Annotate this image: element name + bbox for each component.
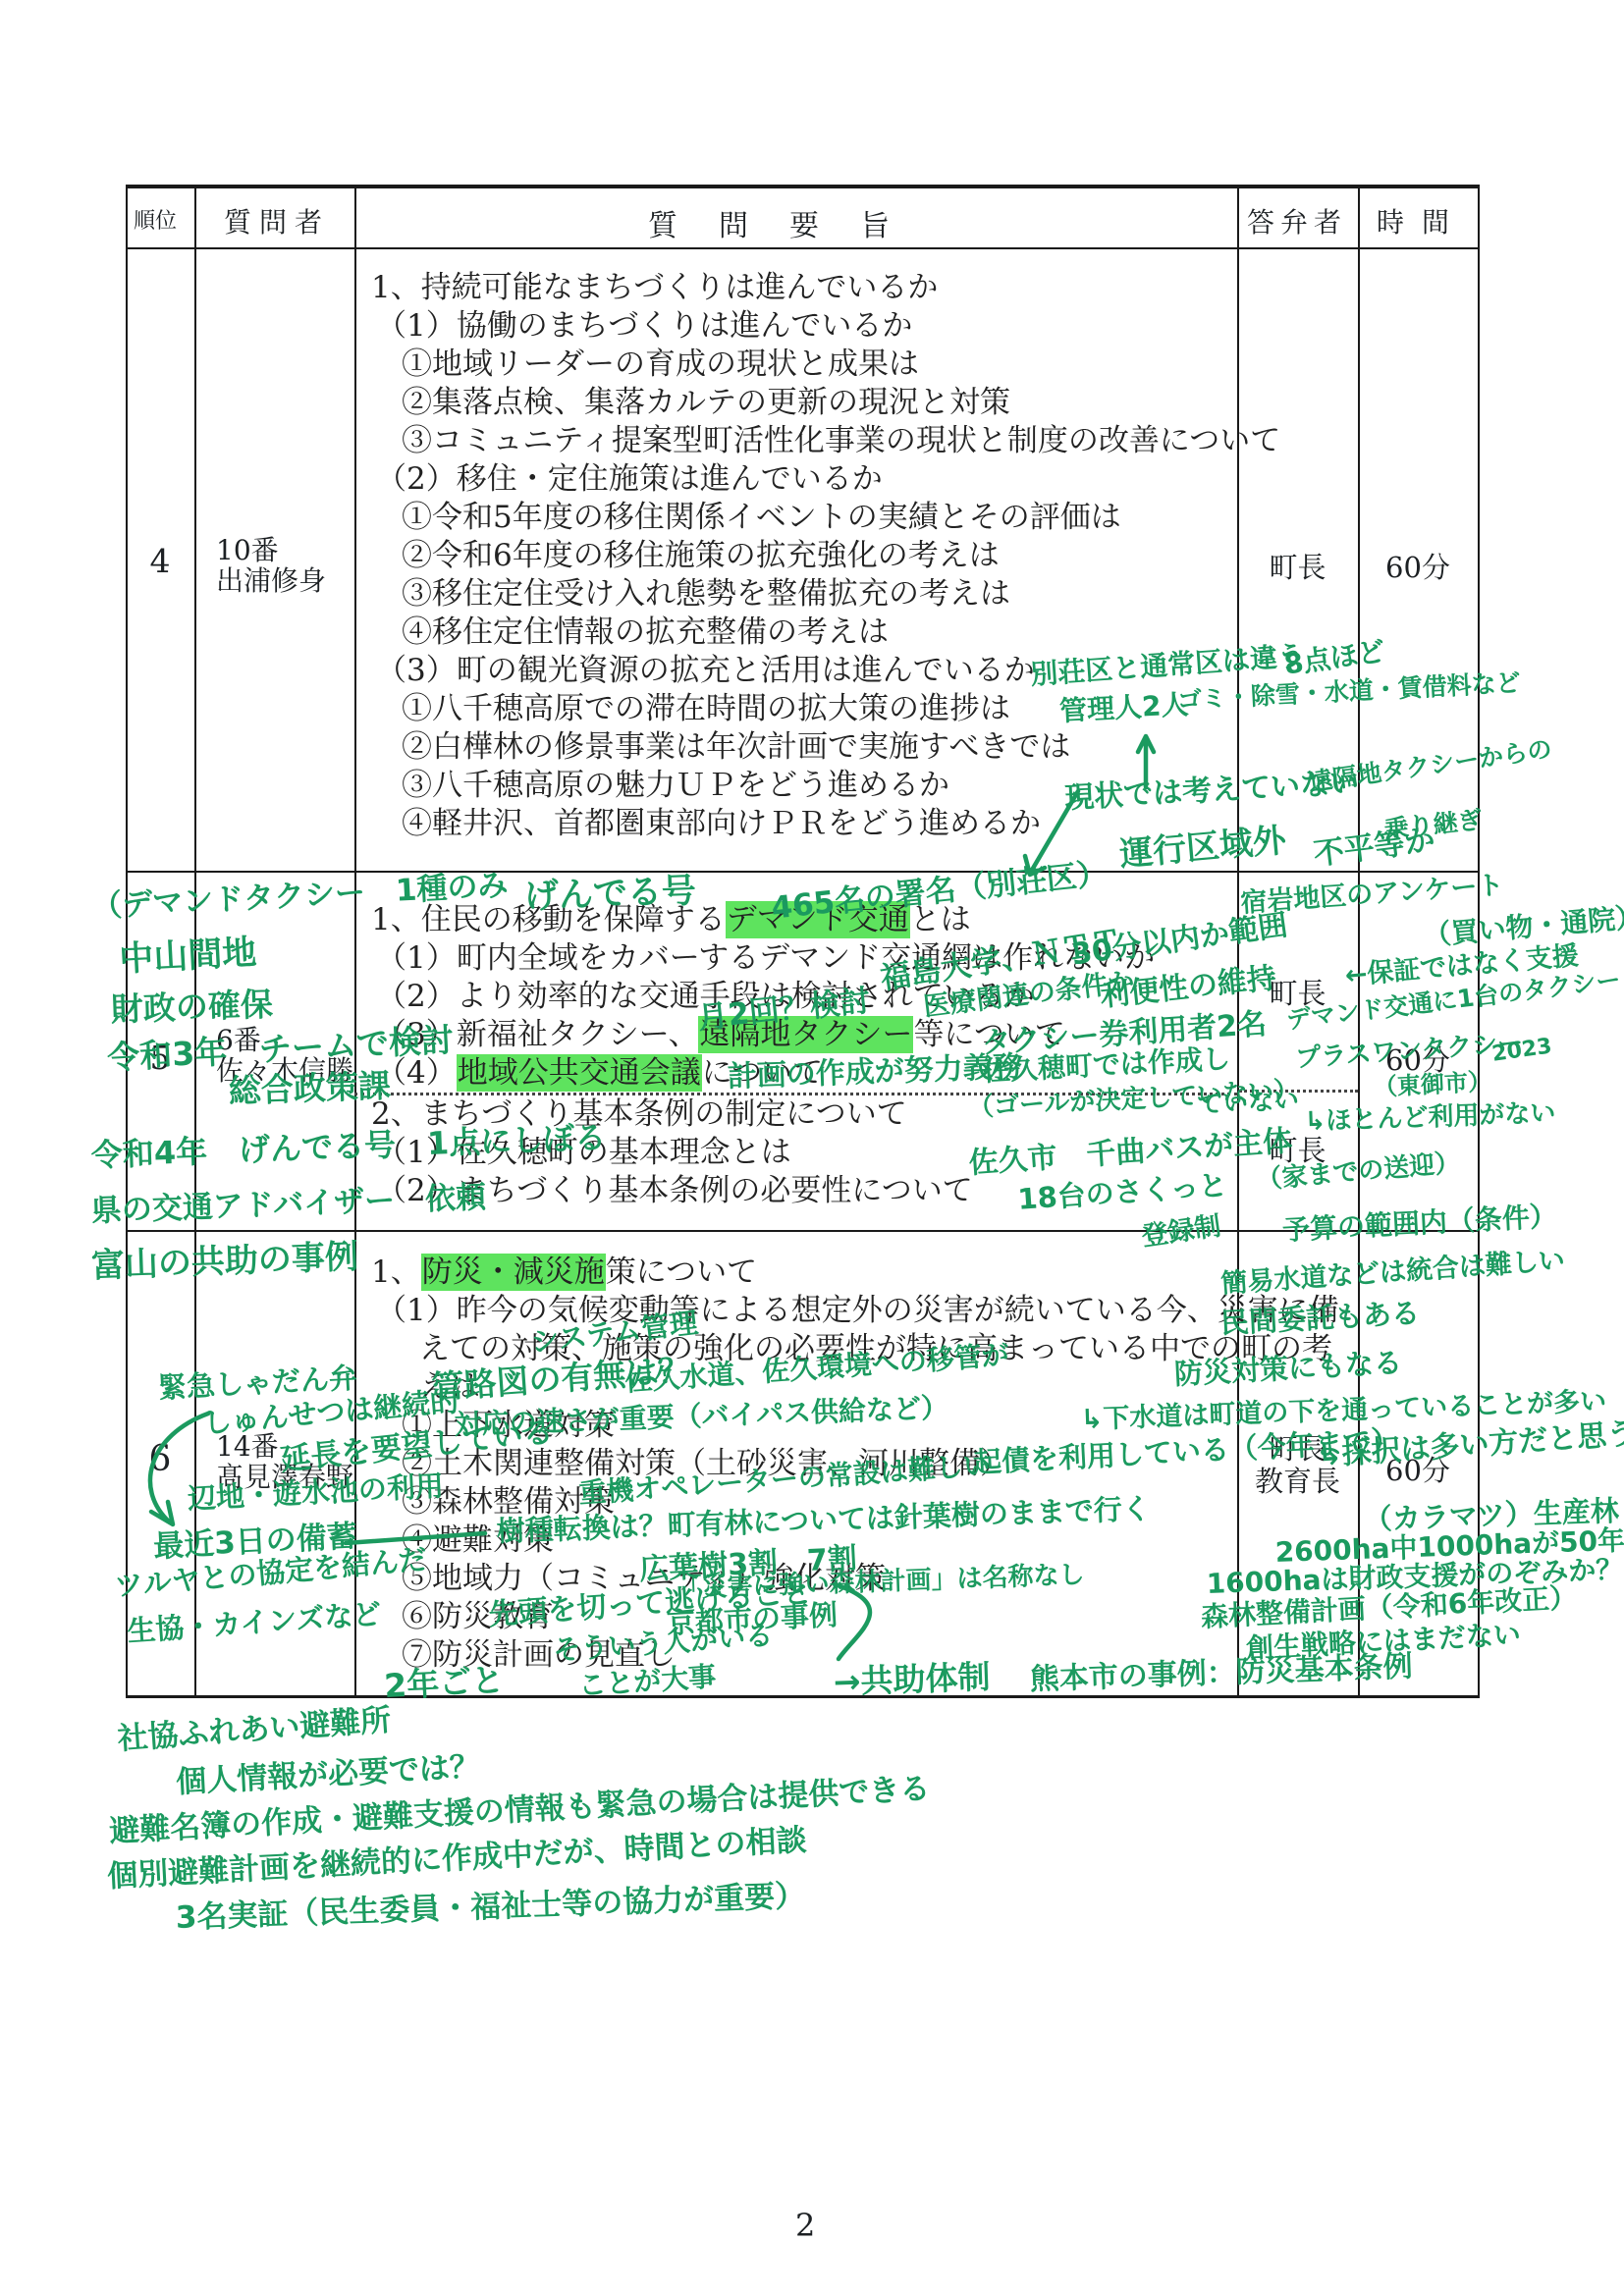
handwritten-note: ていない (1196, 1080, 1300, 1121)
document-page: 順位 質問者 質問要旨 答弁者 時間 4 5 6 10番 出浦修身 6番 佐々木… (0, 0, 1624, 2296)
question-line: ②白樺林の修景事業は年次計画で実施すべきでは (354, 728, 1237, 767)
question-line: ②集落点検、集落カルテの更新の現況と対策 (354, 384, 1237, 422)
question-line: 1、防災・減災施策について (354, 1254, 1237, 1292)
handwritten-note: →共助体制 (833, 1651, 991, 1703)
question-line: ③コミュニティ提案型町活性化事業の現状と制度の改善について (354, 422, 1237, 460)
handwritten-note: 2年ごと (383, 1655, 505, 1707)
question-line: ①令和5年度の移住関係イベントの実績とその評価は (354, 499, 1237, 537)
green-highlight: 地域公共交通会議 (457, 1054, 702, 1092)
handwritten-note: 予算の範囲内（条件） (1281, 1195, 1558, 1249)
handwritten-note: 遠隔地タクシーからの (1306, 729, 1554, 798)
handwritten-note: 富山の共助の事例 (90, 1230, 359, 1287)
table-bottom-border (126, 1695, 1480, 1698)
handwritten-note: げんでる号 (523, 864, 697, 919)
handwritten-note: 県の交通アドバイザー 依頼 (90, 1172, 487, 1230)
handwritten-note: 登録制 (1139, 1204, 1223, 1254)
handwritten-note: 管理人2人 (1058, 683, 1189, 729)
question-line: ③移住定住受け入れ態勢を整備拡充の考えは (354, 575, 1237, 614)
questioner-number: 10番 (216, 535, 326, 565)
handwritten-note: 中山間地 (118, 926, 257, 982)
question-line: （1）協働のまちづくりは進んでいるか (354, 307, 1237, 346)
handwritten-note: ↳ほとんど利用がない (1304, 1093, 1556, 1138)
header-answerer: 答弁者 (1247, 201, 1347, 240)
page-number: 2 (795, 2207, 815, 2244)
time-row4: 60分 (1358, 546, 1478, 586)
handwritten-note: 簡易水道などは統合は難しい (1219, 1239, 1566, 1301)
question-line: 1、持続可能なまちづくりは進んでいるか (354, 269, 1237, 307)
question-line: ④移住定住情報の拡充整備の考えは (354, 614, 1237, 652)
table-top-border (126, 185, 1480, 188)
header-time: 時間 (1377, 201, 1467, 240)
question-line: （1）昨今の気候変動等による想定外の災害が続いている今、災害に備 (354, 1292, 1237, 1330)
handwritten-note: 総合政策課 (228, 1060, 392, 1112)
question-line: ②令和6年度の移住施策の拡充強化の考えは (354, 537, 1237, 575)
rank-cell-4: 4 (126, 542, 194, 580)
answerer-row4: 町長 (1237, 546, 1358, 586)
handwritten-note: 財政の確保 (110, 979, 274, 1031)
rank-cell-6: 6 (126, 1439, 194, 1479)
header-bottom-border (126, 247, 1480, 249)
header-questioner: 質問者 (224, 201, 330, 240)
question-line: ①地域リーダーの育成の現状と成果は (354, 346, 1237, 384)
green-highlight: 防災・減災施 (421, 1254, 606, 1291)
questioner-name: 出浦修身 (216, 565, 326, 596)
handwritten-note: 生協・カインズなど (126, 1592, 382, 1650)
questioner-row4: 10番 出浦修身 (216, 535, 326, 596)
handwritten-note: 不平等か (1311, 815, 1437, 874)
header-summary: 質問要旨 (648, 201, 931, 244)
header-rank: 順位 (134, 204, 177, 235)
question-lines-row4: 1、持続可能なまちづくりは進んでいるか（1）協働のまちづくりは進んでいるか①地域… (354, 269, 1237, 843)
question-line: （2）移住・定住施策は進んでいるか (354, 460, 1237, 499)
